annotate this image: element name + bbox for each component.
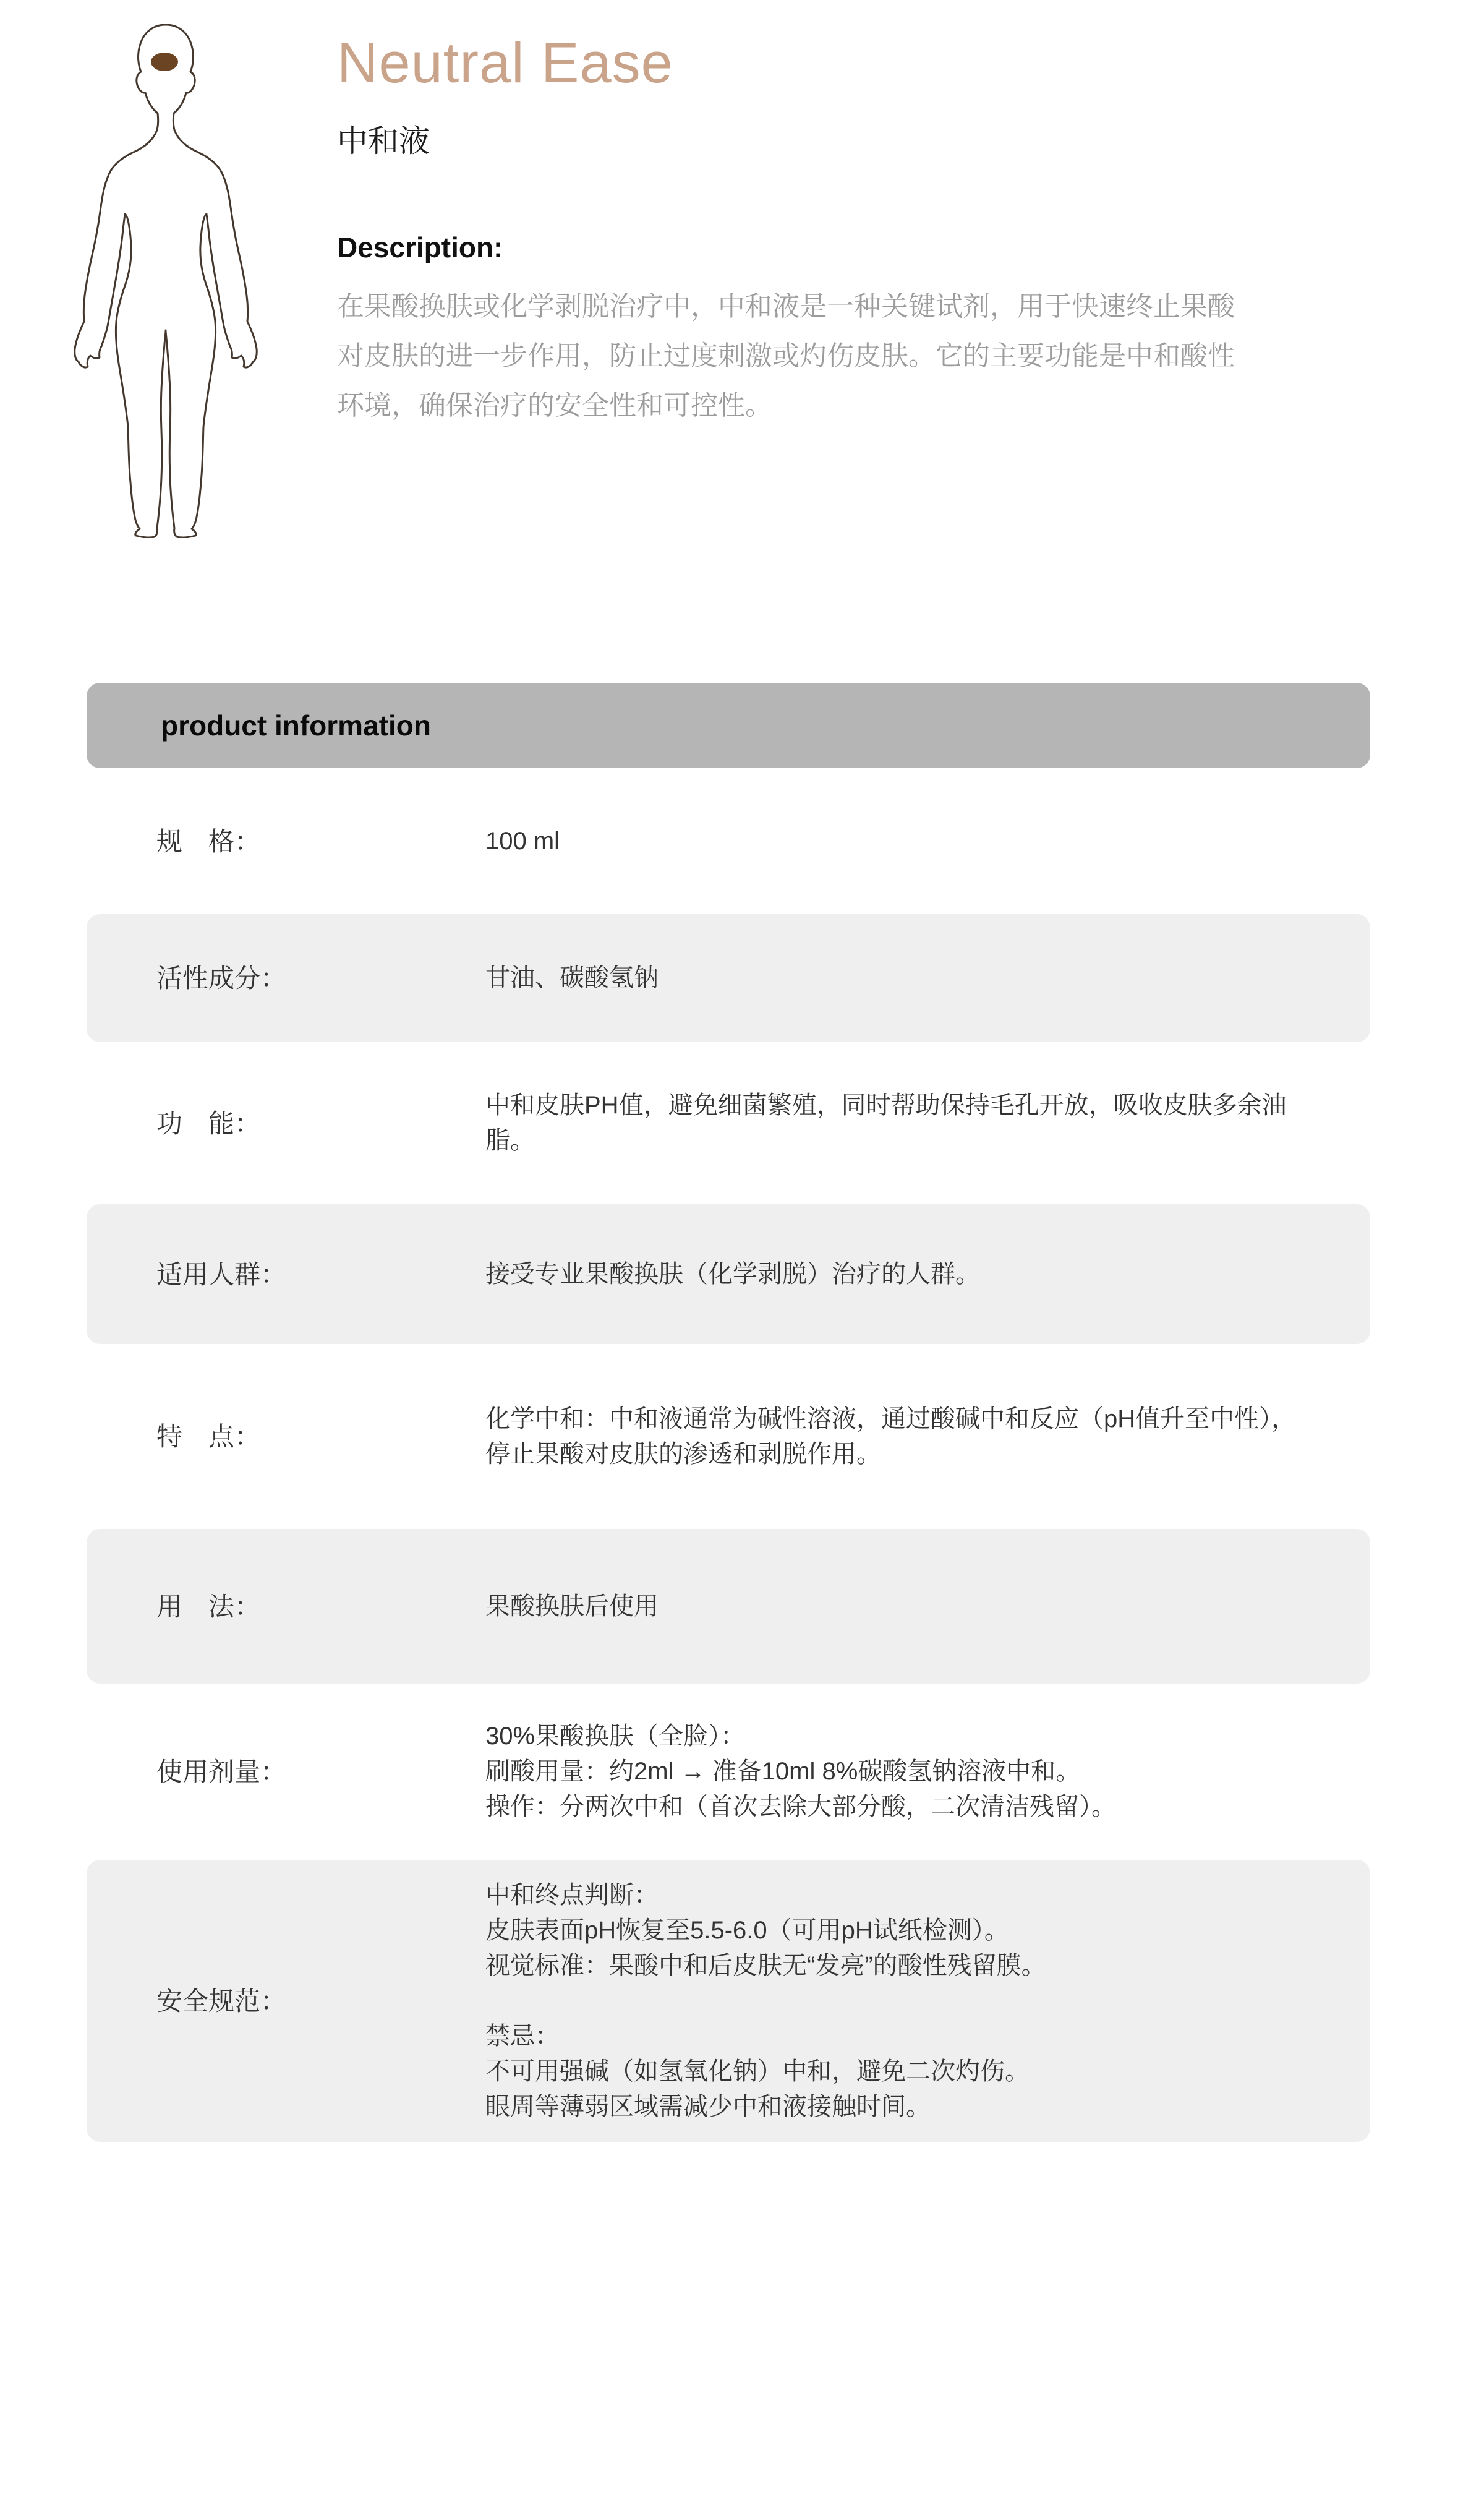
table-row-usage: 用 法： 果酸换肤后使用 [87, 1529, 1370, 1684]
table-row-features: 特 点： 化学中和：中和液通常为碱性溶液，通过酸碱中和反应（pH值升至中性）， … [87, 1344, 1370, 1529]
row-label: 活性成分： [156, 961, 485, 996]
row-value: 接受专业果酸换肤（化学剥脱）治疗的人群。 [485, 1257, 1336, 1292]
row-value: 甘油、碳酸氢钠 [485, 961, 1336, 996]
product-information-title: product information [161, 709, 431, 742]
table-row-target-users: 适用人群： 接受专业果酸换肤（化学剥脱）治疗的人群。 [87, 1204, 1370, 1344]
row-value: 中和终点判断： 皮肤表面pH恢复至5.5-6.0（可用pH试纸检测）。 视觉标准… [485, 1878, 1336, 2125]
table-row-spec: 规 格： 100 ml [87, 768, 1370, 914]
row-value: 中和皮肤PH值，避免细菌繁殖，同时帮助保持毛孔开放，吸收皮肤多余油脂。 [485, 1088, 1336, 1158]
product-title: Neutral Ease [337, 31, 673, 95]
row-label: 功 能： [156, 1106, 485, 1141]
row-label: 特 点： [156, 1419, 485, 1454]
row-label: 适用人群： [156, 1257, 485, 1292]
product-subtitle: 中和液 [337, 124, 673, 158]
table-row-function: 功 能： 中和皮肤PH值，避免细菌繁殖，同时帮助保持毛孔开放，吸收皮肤多余油脂。 [87, 1042, 1370, 1204]
human-body-outline-icon [61, 19, 271, 538]
description-text: 在果酸换肤或化学剥脱治疗中，中和液是一种关键试剂，用于快速终止果酸 对皮肤的进一… [337, 282, 1317, 430]
face-dot-icon [151, 53, 178, 71]
product-information-table: 规 格： 100 ml 活性成分： 甘油、碳酸氢钠 功 能： 中和皮肤PH值，避… [87, 768, 1370, 2142]
description-section: Description: 在果酸换肤或化学剥脱治疗中，中和液是一种关键试剂，用于… [337, 230, 1317, 430]
product-header: Neutral Ease 中和液 [337, 31, 673, 158]
product-information-bar: product information [87, 683, 1370, 768]
row-value: 30%果酸换肤（全脸）： 刷酸用量：约2ml → 准备10ml 8%碳酸氢钠溶液… [485, 1719, 1336, 1825]
table-row-active-ingredients: 活性成分： 甘油、碳酸氢钠 [87, 914, 1370, 1042]
row-label: 规 格： [156, 824, 485, 859]
row-value: 果酸换肤后使用 [485, 1589, 1336, 1624]
row-label: 使用剂量： [156, 1754, 485, 1789]
row-value: 100 ml [485, 824, 1336, 859]
row-label: 安全规范： [156, 1984, 485, 2019]
table-row-safety: 安全规范： 中和终点判断： 皮肤表面pH恢复至5.5-6.0（可用pH试纸检测）… [87, 1860, 1370, 2142]
table-row-dosage: 使用剂量： 30%果酸换肤（全脸）： 刷酸用量：约2ml → 准备10ml 8%… [87, 1684, 1370, 1860]
row-value: 化学中和：中和液通常为碱性溶液，通过酸碱中和反应（pH值升至中性）， 停止果酸对… [485, 1402, 1336, 1472]
row-label: 用 法： [156, 1589, 485, 1624]
description-heading: Description: [337, 230, 1317, 265]
